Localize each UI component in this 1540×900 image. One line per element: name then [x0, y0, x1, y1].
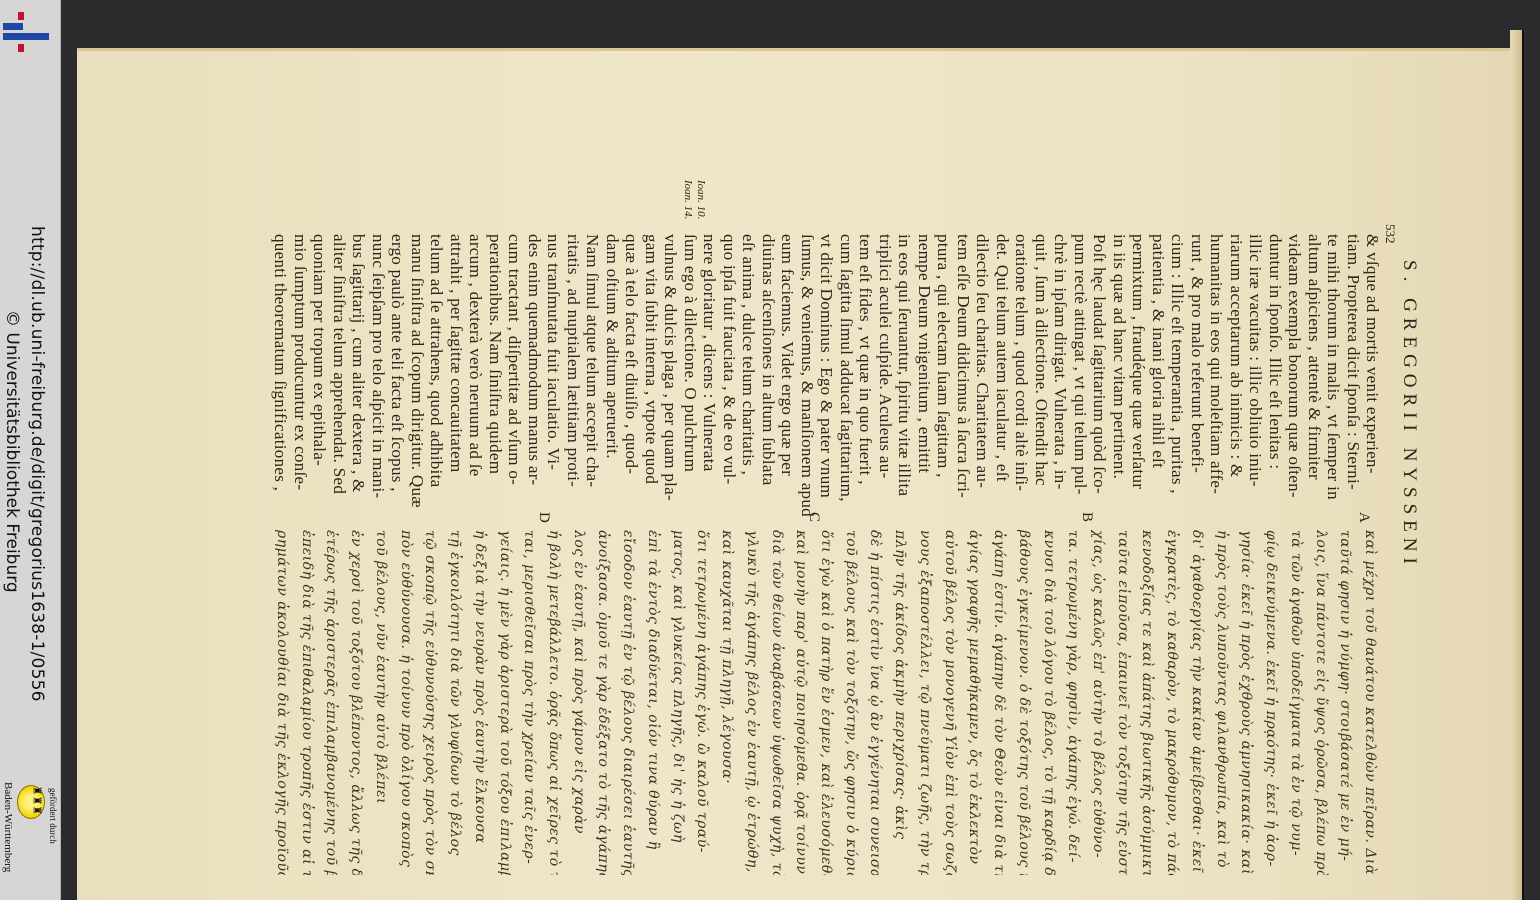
latin-line: dilectio ſeu charitas. Charitatem au- — [972, 234, 992, 488]
logo-red-mark-top — [18, 12, 24, 20]
latin-line: telum ad ſe attrahens, quod adhibita — [426, 234, 446, 487]
latin-line: des enim quemadmodum manus ar- — [524, 234, 544, 485]
latin-line: te mihi thorum in malis , vt ſemper in — [1323, 234, 1343, 500]
greek-line: δὲ ἡ πίστις ἐστὶν ἵνα ᾧ ἂν ἐγγένηται συν… — [867, 530, 883, 875]
latin-line: quoniam per tropum ex epithala- — [309, 234, 329, 466]
latin-line: in eos qui ſeruantur, ſpiritu vitæ illit… — [894, 234, 914, 496]
copyright-notice: © Universitätsbibliothek Freiburg — [2, 310, 22, 593]
greek-line: καὶ μονὴν παρ' αὐτῷ ποιησόμεθα. ὁρᾷ τοίν… — [793, 530, 809, 875]
greek-line: τα. τετρωμένη γὰρ, φησὶν, ἀγάπης ἐγώ. δε… — [1065, 530, 1081, 863]
funder-state: Baden-Württemberg — [2, 782, 14, 872]
latin-line: quenti theorematum ſignificationes , — [270, 234, 290, 491]
latin-line: cium : Illic eſt temperantia , puritas , — [1167, 234, 1187, 494]
latin-line: attrahit , per ſagittæ concauitatem — [446, 234, 466, 473]
greek-line: χίας, ὡς καλῶς ἐπ' αὐτὴν τὸ βέλος εὐθύνο… — [1090, 530, 1106, 858]
margin-letter-c: C — [805, 512, 822, 522]
latin-line: tem eſſe Deum didicimus à ſacra ſcri- — [953, 234, 973, 498]
latin-line: illic iræ vacuitas : illic obliuio iniu- — [1245, 234, 1265, 487]
logo-red-mark-bottom — [18, 44, 24, 52]
logo-blue-bar-long — [3, 33, 49, 40]
latin-line: ſum ego à dilectione. O pulchrum — [680, 234, 700, 472]
latin-line: duntur in ſponſo. Illic eſt lenitas : — [1265, 234, 1285, 469]
greek-line: τῇ ἐγκοιλότητι διὰ τῶν γλυφίδων τὸ βέλος — [447, 530, 463, 856]
margin-note-ioan-10: Ioan. 10. — [695, 180, 707, 219]
latin-line: & vſque ad mortis venit experien- — [1362, 234, 1382, 474]
greek-line: ὅτι τετρωμένη ἀγάπης ἐγώ. ὢ καλοῦ τραύ- — [694, 530, 710, 853]
greek-line: γείαις. ἡ μὲν γὰρ ἀριστερὰ τοῦ τόξου ἐπι… — [497, 530, 513, 875]
latin-line: quo ipſa fuit fauciata , & de eo vul- — [719, 234, 739, 484]
latin-line: humanitas in eos qui moleſtiam affe- — [1206, 234, 1226, 494]
latin-line: ſumus, & veniemus, & manſionem apud — [797, 234, 817, 517]
margin-letter-b: B — [1078, 512, 1095, 522]
greek-line: αὐτοῦ βέλος τὸν μονογενῆ Υἱὸν ἐπὶ τοὺς σ… — [942, 530, 958, 875]
latin-line: patientia , & inani gloria nihil eſt — [1148, 234, 1168, 468]
greek-line: λος ἐν ἑαυτῇ, καὶ πρὸς γάμον εἰς χαρὰν — [571, 530, 587, 834]
greek-line: κνυσι διὰ τοῦ λόγου τὸ βέλος, τὸ τῇ καρδ… — [1041, 530, 1057, 875]
latin-line: det. Qui telum autem iaculatur , eſt — [992, 234, 1012, 482]
latin-line: aliter ſiniſtra telum apprehendat. Sed — [329, 234, 349, 494]
greek-line: δι' ἀγαθοεργίας τὴν κακίαν ἀμείβεσθαι· ἐ… — [1189, 530, 1205, 875]
greek-line: καὶ καυχᾶται τῇ πληγῇ, λέγουσα· — [719, 530, 735, 784]
latin-line: dam oſtium & aditum aperuerit. — [602, 234, 622, 459]
greek-line: κενοδοξίας τε καὶ ἀπάτης βιωτικῆς ἀσύμμι… — [1139, 530, 1155, 875]
latin-line: diuinas aſcenſiones in altum ſublata — [758, 234, 778, 486]
greek-line: διὰ τῶν θείων ἀναβάσεων ὑψωθεῖσα ψυχὴ, τ… — [769, 530, 785, 875]
logo-blue-bar-short — [3, 23, 23, 30]
latin-line: quit , ſum à dilectione. Oſtendit hac — [1031, 234, 1051, 486]
greek-line: βάθους ἐγκείμενον. ὁ δὲ τοξότης τοῦ βέλο… — [1016, 530, 1032, 875]
latin-line: cum tractant , diſpertitæ ad vſum o- — [504, 234, 524, 485]
greek-line: πλῆν τῆς ἀκίδος ἀκμὴν περιχρίσας· ἀκὶς — [892, 530, 908, 840]
latin-line: chrè in ipſam dirigat. Vulnerata , in- — [1050, 234, 1070, 490]
latin-line: pum rectè attingat , vt qui telum pul- — [1070, 234, 1090, 495]
greek-line: καὶ μέχρι τοῦ θανάτου κατελθὼν πεῖραν. Δ… — [1362, 530, 1378, 875]
latin-line: gam vita ſubit interna , vtpote quod — [641, 234, 661, 484]
greek-line: ἀνοίξασα. ὁμοῦ τε γὰρ ἐδέξατο τὸ τῆς ἀγά… — [595, 530, 611, 875]
latin-line: vt dicit Dominus : Ego & pater vnum — [816, 234, 836, 498]
latin-line: nere gloriatur , dicens : Vulnerata — [699, 234, 719, 472]
latin-line: permixtum , fraudéque quæ verſatur — [1128, 234, 1148, 489]
latin-line: nunc ſeipſam pro telo aſpicit in mani- — [368, 234, 388, 498]
greek-line: τοῦ βέλους, νῦν ἑαυτὴν αὐτὸ βλέπει — [373, 530, 389, 804]
latin-line: altum aſpiciens , attentè & firmiter — [1304, 234, 1324, 480]
latin-line: perationibus. Nam ſiniſtra quidem — [485, 234, 505, 474]
greek-line: ἡ πρὸς τοὺς λυποῦντας φιλανθρωπία, καὶ τ… — [1214, 530, 1230, 868]
greek-line: φίῳ δεικνύμενα. ἐκεῖ ἡ πρᾳότης· ἐκεῖ ἡ ἀ… — [1263, 530, 1279, 867]
page-edge — [1510, 30, 1524, 900]
greek-line: ἡ δεξιὰ τὴν νευρὰν πρὸς ἑαυτὴν ἕλκουσα — [472, 530, 488, 843]
latin-line: videam exempla bonorum quæ oſten- — [1284, 234, 1304, 498]
latin-line: ptura , qui electam ſuam ſagittam , — [933, 234, 953, 478]
latin-line: eum faciemus. Videt ergo quæ per — [777, 234, 797, 476]
funder-label: gefördert durch — [48, 788, 58, 844]
latin-line: eſt anima , dulce telum charitatis , — [738, 234, 758, 475]
latin-line: oratione telum , quod cordi altè inſi- — [1011, 234, 1031, 491]
latin-line: vulnus & dulcis plaga , per quam pla- — [660, 234, 680, 501]
latin-line: Nam ſimul atque telum accepit cha- — [582, 234, 602, 487]
latin-line: bus ſagittarij , cum aliter dextera , & — [348, 234, 368, 493]
latin-line: runt , & pro malo referunt benefi- — [1187, 234, 1207, 473]
greek-line: λοις, ἵνα πάντοτε εἰς ὕψος ὁρῶσα, βλέπω … — [1313, 530, 1329, 875]
greek-line: ἐγκρατὲς, τὸ καθαρὸν, τὸ μακρόθυμον, τὸ … — [1164, 530, 1180, 875]
latin-line: ergo paulò ante teli facta eſt ſcopus , — [387, 234, 407, 492]
viewer-sidebar: http://dl.ub.uni-freiburg.de/digit/grego… — [0, 0, 61, 900]
greek-line: τῷ σκοπῷ τῆς εὐθυνούσης χειρὸς πρὸς τὸν … — [422, 530, 438, 875]
running-head: S. GREGORII NYSSENI — [1398, 260, 1420, 570]
latin-line: manu ſiniſtra ad ſcopum dirigitur. Quæ — [407, 234, 427, 508]
latin-line: quæ à telo facta eſt diuiſio , quod- — [621, 234, 641, 474]
greek-line: ταῦτα εἰποῦσα, ἐπαινεῖ τὸν τοξότην τῆς ε… — [1115, 530, 1131, 875]
greek-line: ματος, καὶ γλυκείας πληγῆς, δι' ἧς ἡ ζωὴ — [670, 530, 686, 843]
coat-of-arms-icon: ♜♜♜ — [17, 785, 45, 819]
greek-line: ταῦτά φησιν ἡ νύμφη· στοιβάσατέ με ἐν μή… — [1337, 530, 1353, 861]
margin-note-ioan-14: Ioan. 14. — [682, 180, 694, 219]
greek-line: ρημάτων ἀκολουθίαι διὰ τῆς ἐκλογῆς προϊο… — [274, 530, 290, 875]
greek-line: τοῦ βέλους καὶ τὸν τοξότην, ὥς φησιν ὁ κ… — [843, 530, 859, 875]
latin-line: tem eſt fides , vt quæ in quo fuerit , — [855, 234, 875, 485]
greek-line: ται, μερισθεῖσαι πρὸς τὴν χρείαν ταῖς ἐν… — [521, 530, 537, 864]
greek-line: γλυκὺ τῆς ἀγάπης βέλος ἐν ἑαυτῇ, ᾧ ἐτρώθ… — [744, 530, 760, 873]
greek-line: ἐπὶ τὰ ἐντὸς διαδύεται, οἷόν τινα θύραν … — [645, 530, 661, 850]
greek-line: τὰ τῶν ἀγαθῶν ὑποδείγματα τὰ ἐν τῷ νυμ- — [1288, 530, 1304, 856]
latin-line: cum ſagitta ſimul adducat ſagittarium, — [836, 234, 856, 502]
greek-line: ἡ βολὴ μετεβάλλετο. ὁρᾷς ὅπως αἱ χεῖρες … — [546, 530, 562, 875]
latin-line: arcum , dexterà verò neruum ad ſe — [465, 234, 485, 477]
greek-line: ἑτέρως τῆς ἀριστερᾶς ἐπιλαμβανομένης τοῦ… — [323, 530, 339, 875]
margin-letter-a: A — [1355, 512, 1372, 523]
greek-line: πὸν εὐθύνουσα. ἡ τοίνυν πρὸ ὀλίγου σκοπὸ… — [398, 530, 414, 867]
greek-line: ἀγάπη ἐστίν. ἀγάπην δὲ τὸν Θεὸν εἶναι δι… — [991, 530, 1007, 875]
latin-line: nempe Deum vnigenitum , emittit — [914, 234, 934, 473]
latin-line: mio ſumptum producuntur ex conſe- — [290, 234, 310, 490]
margin-letter-d: D — [535, 512, 552, 523]
source-url[interactable]: http://dl.ub.uni-freiburg.de/digit/grego… — [27, 226, 47, 702]
greek-line: ἁγίας γραφῆς μεμαθήκαμεν, ὅς τὸ ἐκλεκτὸν — [966, 530, 982, 865]
library-logo-icon[interactable] — [0, 0, 60, 60]
page-number: 532 — [1382, 224, 1398, 244]
greek-line: νους ἐξαποστέλλει, τῷ πνεύματι ζωῆς, τὴν… — [917, 530, 933, 875]
greek-line: εἴσοδον ἑαυτῇ ἐν τῷ βέλους διαιρέσει ἑαυ… — [620, 530, 636, 875]
greek-line: ἐν χερσὶ τοῦ τοξότου βλέποντος, ἄλλως τῆ… — [348, 530, 364, 875]
latin-line: Poſt hęc laudat ſagittarium quòd ſco- — [1089, 234, 1109, 494]
greek-line: γησία· ἐκεῖ ἡ πρὸς ἐχθροὺς ἀμνησικακία· … — [1238, 530, 1254, 875]
latin-line: riarum acceptarum ab inimicis : & — [1226, 234, 1246, 478]
greek-line: ὅτι ἐγὼ καὶ ὁ πατὴρ ἕν ἐσμεν, καὶ ἐλευσό… — [818, 530, 834, 875]
greek-line: ἐπειδὴ διὰ τῆς ἐπιθαλαμίου τροπῆς ἐστιν … — [299, 530, 315, 875]
latin-line: triplici aculei cuſpide. Aculeus au- — [875, 234, 895, 478]
latin-line: ritatis , ad nuptialem lætitiam proti- — [563, 234, 583, 487]
latin-line: tiam. Propterea dicit ſponſa : Sterni- — [1343, 234, 1363, 490]
latin-line: in iis quæ ad hanc vitam pertinent. — [1109, 234, 1129, 479]
latin-line: nus tranſmutata fuit iaculatio. Vi- — [543, 234, 563, 470]
